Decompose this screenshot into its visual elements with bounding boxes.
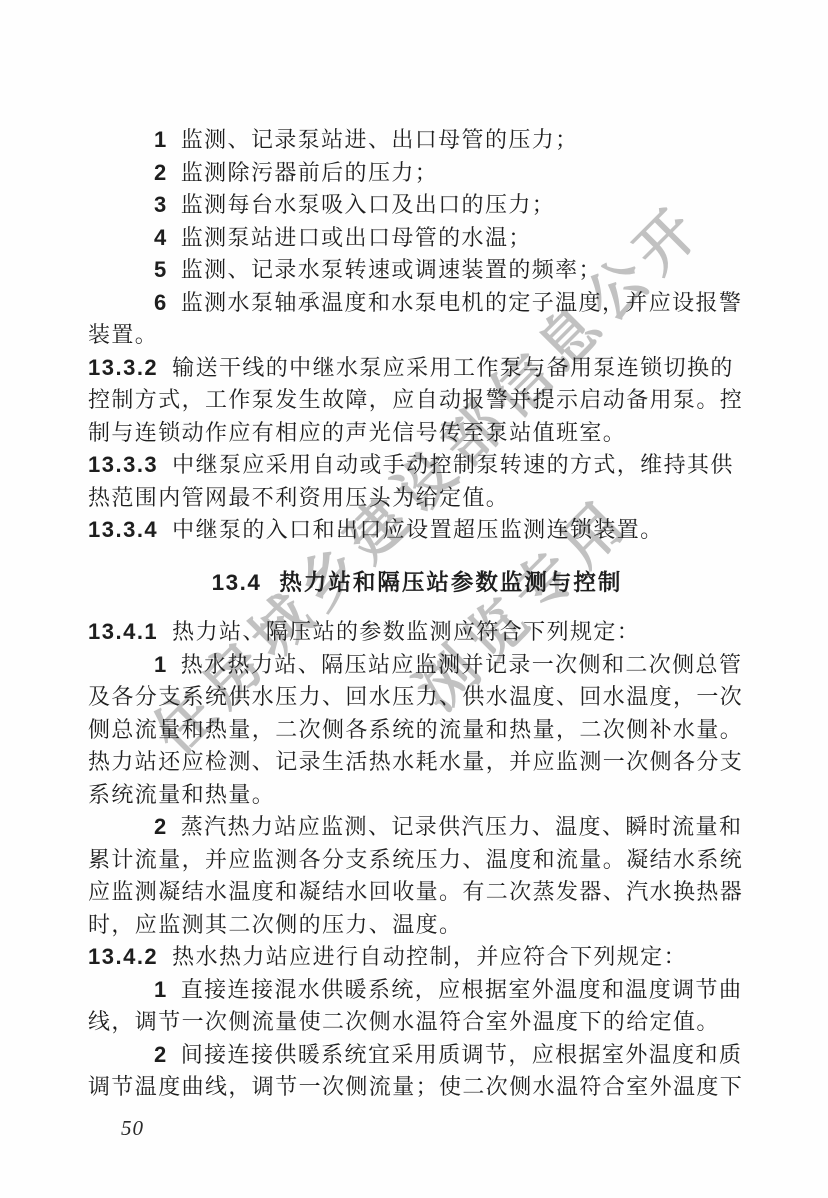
text-line: 装置。 [88,319,746,352]
line-text: 热力站、隔压站的参数监测应符合下列规定： [172,619,640,644]
line-text: 侧总流量和热量，二次侧各系统的流量和热量，二次侧补水量。 [88,717,743,742]
text-line: 13.3.2输送干线的中继水泵应采用工作泵与备用泵连锁切换的 [88,352,746,385]
clause-number: 5 [154,257,168,282]
text-line: 6监测水泵轴承温度和水泵电机的定子温度，并应设报警 [88,287,746,320]
text-line: 侧总流量和热量，二次侧各系统的流量和热量，二次侧补水量。 [88,714,746,747]
text-line: 线，调节一次侧流量使二次侧水温符合室外温度下的给定值。 [88,1006,746,1039]
clause-number: 4 [154,225,168,250]
text-line: 累计流量，并应监测各分支系统压力、温度和流量。凝结水系统 [88,844,746,877]
text-line: 系统流量和热量。 [88,779,746,812]
text-block: 1监测、记录泵站进、出口母管的压力；2监测除污器前后的压力；3监测每台水泵吸入口… [88,124,746,1104]
text-line: 及各分支系统供水压力、回水压力、供水温度、回水温度，一次 [88,681,746,714]
text-line: 5监测、记录水泵转速或调速装置的频率； [88,254,746,287]
text-line: 热力站还应检测、记录生活热水耗水量，并应监测一次侧各分支 [88,746,746,779]
line-text: 热水热力站应进行自动控制，并应符合下列规定： [172,944,687,969]
line-text: 输送干线的中继水泵应采用工作泵与备用泵连锁切换的 [172,355,734,380]
line-text: 时，应监测其二次侧的压力、温度。 [88,912,462,937]
clause-number: 13.4 [212,570,262,595]
text-line: 制与连锁动作应有相应的声光信号传至泵站值班室。 [88,417,746,450]
scanned-document-page: 住房城乡建设部信息公开 浏览专用 1监测、记录泵站进、出口母管的压力；2监测除污… [0,0,828,1198]
line-text: 热范围内管网最不利资用压头为给定值。 [88,485,509,510]
text-line: 13.4.2热水热力站应进行自动控制，并应符合下列规定： [88,941,746,974]
line-text: 线，调节一次侧流量使二次侧水温符合室外温度下的给定值。 [88,1009,720,1034]
text-line: 3监测每台水泵吸入口及出口的压力； [88,189,746,222]
text-line: 应监测凝结水温度和凝结水回收量。有二次蒸发器、汽水换热器 [88,876,746,909]
line-text: 及各分支系统供水压力、回水压力、供水温度、回水温度，一次 [88,684,743,709]
clause-number: 1 [154,977,168,1002]
text-line: 1监测、记录泵站进、出口母管的压力； [88,124,746,157]
line-text: 装置。 [88,322,158,347]
text-line: 1直接连接混水供暖系统，应根据室外温度和温度调节曲 [88,974,746,1007]
text-line: 13.3.3中继泵应采用自动或手动控制泵转速的方式，维持其供 [88,449,746,482]
line-text: 监测除污器前后的压力； [181,160,438,185]
line-text: 热力站和隔压站参数监测与控制 [279,570,622,595]
text-line: 13.4.1热力站、隔压站的参数监测应符合下列规定： [88,616,746,649]
page-number: 50 [121,1116,144,1141]
line-text: 热力站还应检测、记录生活热水耗水量，并应监测一次侧各分支 [88,749,743,774]
line-text: 热水热力站、隔压站应监测并记录一次侧和二次侧总管 [181,652,743,677]
clause-number: 13.4.1 [88,619,158,644]
text-line: 1热水热力站、隔压站应监测并记录一次侧和二次侧总管 [88,649,746,682]
line-text: 蒸汽热力站应监测、记录供汽压力、温度、瞬时流量和 [181,814,743,839]
text-line: 控制方式，工作泵发生故障，应自动报警并提示启动备用泵。控 [88,384,746,417]
line-text: 监测水泵轴承温度和水泵电机的定子温度，并应设报警 [181,290,743,315]
line-text: 调节温度曲线，调节一次侧流量；使二次侧水温符合室外温度下 [88,1074,743,1099]
clause-number: 3 [154,192,168,217]
text-line: 热范围内管网最不利资用压头为给定值。 [88,482,746,515]
clause-number: 13.3.2 [88,355,158,380]
text-line: 调节温度曲线，调节一次侧流量；使二次侧水温符合室外温度下 [88,1071,746,1104]
line-text: 监测、记录水泵转速或调速装置的频率； [181,257,602,282]
section-heading: 13.4热力站和隔压站参数监测与控制 [88,567,746,600]
clause-number: 1 [154,652,168,677]
text-line: 2监测除污器前后的压力； [88,157,746,190]
clause-number: 6 [154,290,168,315]
text-line: 时，应监测其二次侧的压力、温度。 [88,909,746,942]
line-text: 控制方式，工作泵发生故障，应自动报警并提示启动备用泵。控 [88,387,743,412]
line-text: 间接连接供暖系统宜采用质调节，应根据室外温度和质 [181,1042,743,1067]
clause-number: 13.4.2 [88,944,158,969]
line-text: 应监测凝结水温度和凝结水回收量。有二次蒸发器、汽水换热器 [88,879,743,904]
line-text: 制与连锁动作应有相应的声光信号传至泵站值班室。 [88,420,626,445]
text-line: 2蒸汽热力站应监测、记录供汽压力、温度、瞬时流量和 [88,811,746,844]
line-text: 监测泵站进口或出口母管的水温； [181,225,532,250]
text-line: 13.3.4中继泵的入口和出口应设置超压监测连锁装置。 [88,514,746,547]
line-text: 监测、记录泵站进、出口母管的压力； [181,127,579,152]
line-text: 监测每台水泵吸入口及出口的压力； [181,192,555,217]
clause-number: 13.3.3 [88,452,158,477]
text-line: 2间接连接供暖系统宜采用质调节，应根据室外温度和质 [88,1039,746,1072]
clause-number: 2 [154,814,168,839]
clause-number: 13.3.4 [88,517,158,542]
clause-number: 2 [154,160,168,185]
text-line: 4监测泵站进口或出口母管的水温； [88,222,746,255]
clause-number: 1 [154,127,168,152]
line-text: 中继泵应采用自动或手动控制泵转速的方式，维持其供 [172,452,734,477]
clause-number: 2 [154,1042,168,1067]
line-text: 直接连接混水供暖系统，应根据室外温度和温度调节曲 [181,977,743,1002]
line-text: 系统流量和热量。 [88,782,275,807]
line-text: 中继泵的入口和出口应设置超压监测连锁装置。 [172,517,663,542]
line-text: 累计流量，并应监测各分支系统压力、温度和流量。凝结水系统 [88,847,743,872]
